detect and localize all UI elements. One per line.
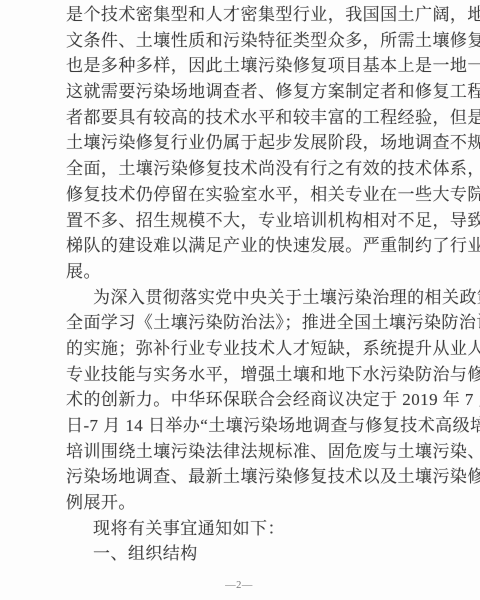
- body-line: 专业技能与实务水平，增强土壤和地下水污染防治与修复技: [66, 362, 450, 388]
- body-line: 例展开。: [66, 490, 450, 516]
- page-number: —2—: [0, 580, 478, 591]
- scanned-document-page: 是个技术密集型和人才密集型行业，我国国土广阔，地质水 文条件、土壤性质和污染特征…: [0, 0, 480, 600]
- body-line: 文条件、土壤性质和污染特征类型众多，所需土壤修复技术: [66, 28, 450, 54]
- body-line: 培训围绕土壤污染法律法规标准、固危废与土壤污染、土壤: [66, 439, 450, 465]
- body-line: 日-7 月 14 日举办“土壤污染场地调查与修复技术高级培训”，: [66, 413, 450, 439]
- body-line: 土壤污染修复行业仍属于起步发展阶段，场地调查不规范不: [66, 130, 450, 156]
- body-line: 梯队的建设难以满足产业的快速发展。严重制约了行业的发: [66, 233, 450, 259]
- body-line: 术的创新力。中华环保联合会经商议决定于 2019 年 7 月 12: [66, 387, 450, 413]
- body-line: 展。: [66, 259, 450, 285]
- body-line: 也是多种多样，因此土壤污染修复项目基本上是一地一策，: [66, 53, 450, 79]
- body-line: 全面，土壤污染修复技术尚没有行之有效的技术体系，不少: [66, 156, 450, 182]
- body-line: 的实施；弥补行业专业技术人才短缺，系统提升从业人员的: [66, 336, 450, 362]
- document-body: 是个技术密集型和人才密集型行业，我国国土广阔，地质水 文条件、土壤性质和污染特征…: [66, 2, 450, 567]
- body-line: 这就需要污染场地调查者、修复方案制定者和修复工程实施: [66, 79, 450, 105]
- body-line: 者都要具有较高的技术水平和较丰富的工程经验，但是我国: [66, 105, 450, 131]
- body-line: 是个技术密集型和人才密集型行业，我国国土广阔，地质水: [66, 2, 450, 28]
- section-heading: 一、组织结构: [66, 541, 450, 567]
- body-line: 全面学习《土壤污染防治法》；推进全国土壤污染防治计划: [66, 310, 450, 336]
- body-line: 污染场地调查、最新土壤污染修复技术以及土壤污染修复案: [66, 464, 450, 490]
- paragraph-start-line: 为深入贯彻落实党中央关于土壤污染治理的相关政策；: [66, 285, 450, 311]
- body-line: 置不多、招生规模不大，专业培训机构相对不足，导致人才: [66, 208, 450, 234]
- notice-line: 现将有关事宜通知如下：: [66, 516, 450, 542]
- body-line: 修复技术仍停留在实验室水平，相关专业在一些大专院校设: [66, 182, 450, 208]
